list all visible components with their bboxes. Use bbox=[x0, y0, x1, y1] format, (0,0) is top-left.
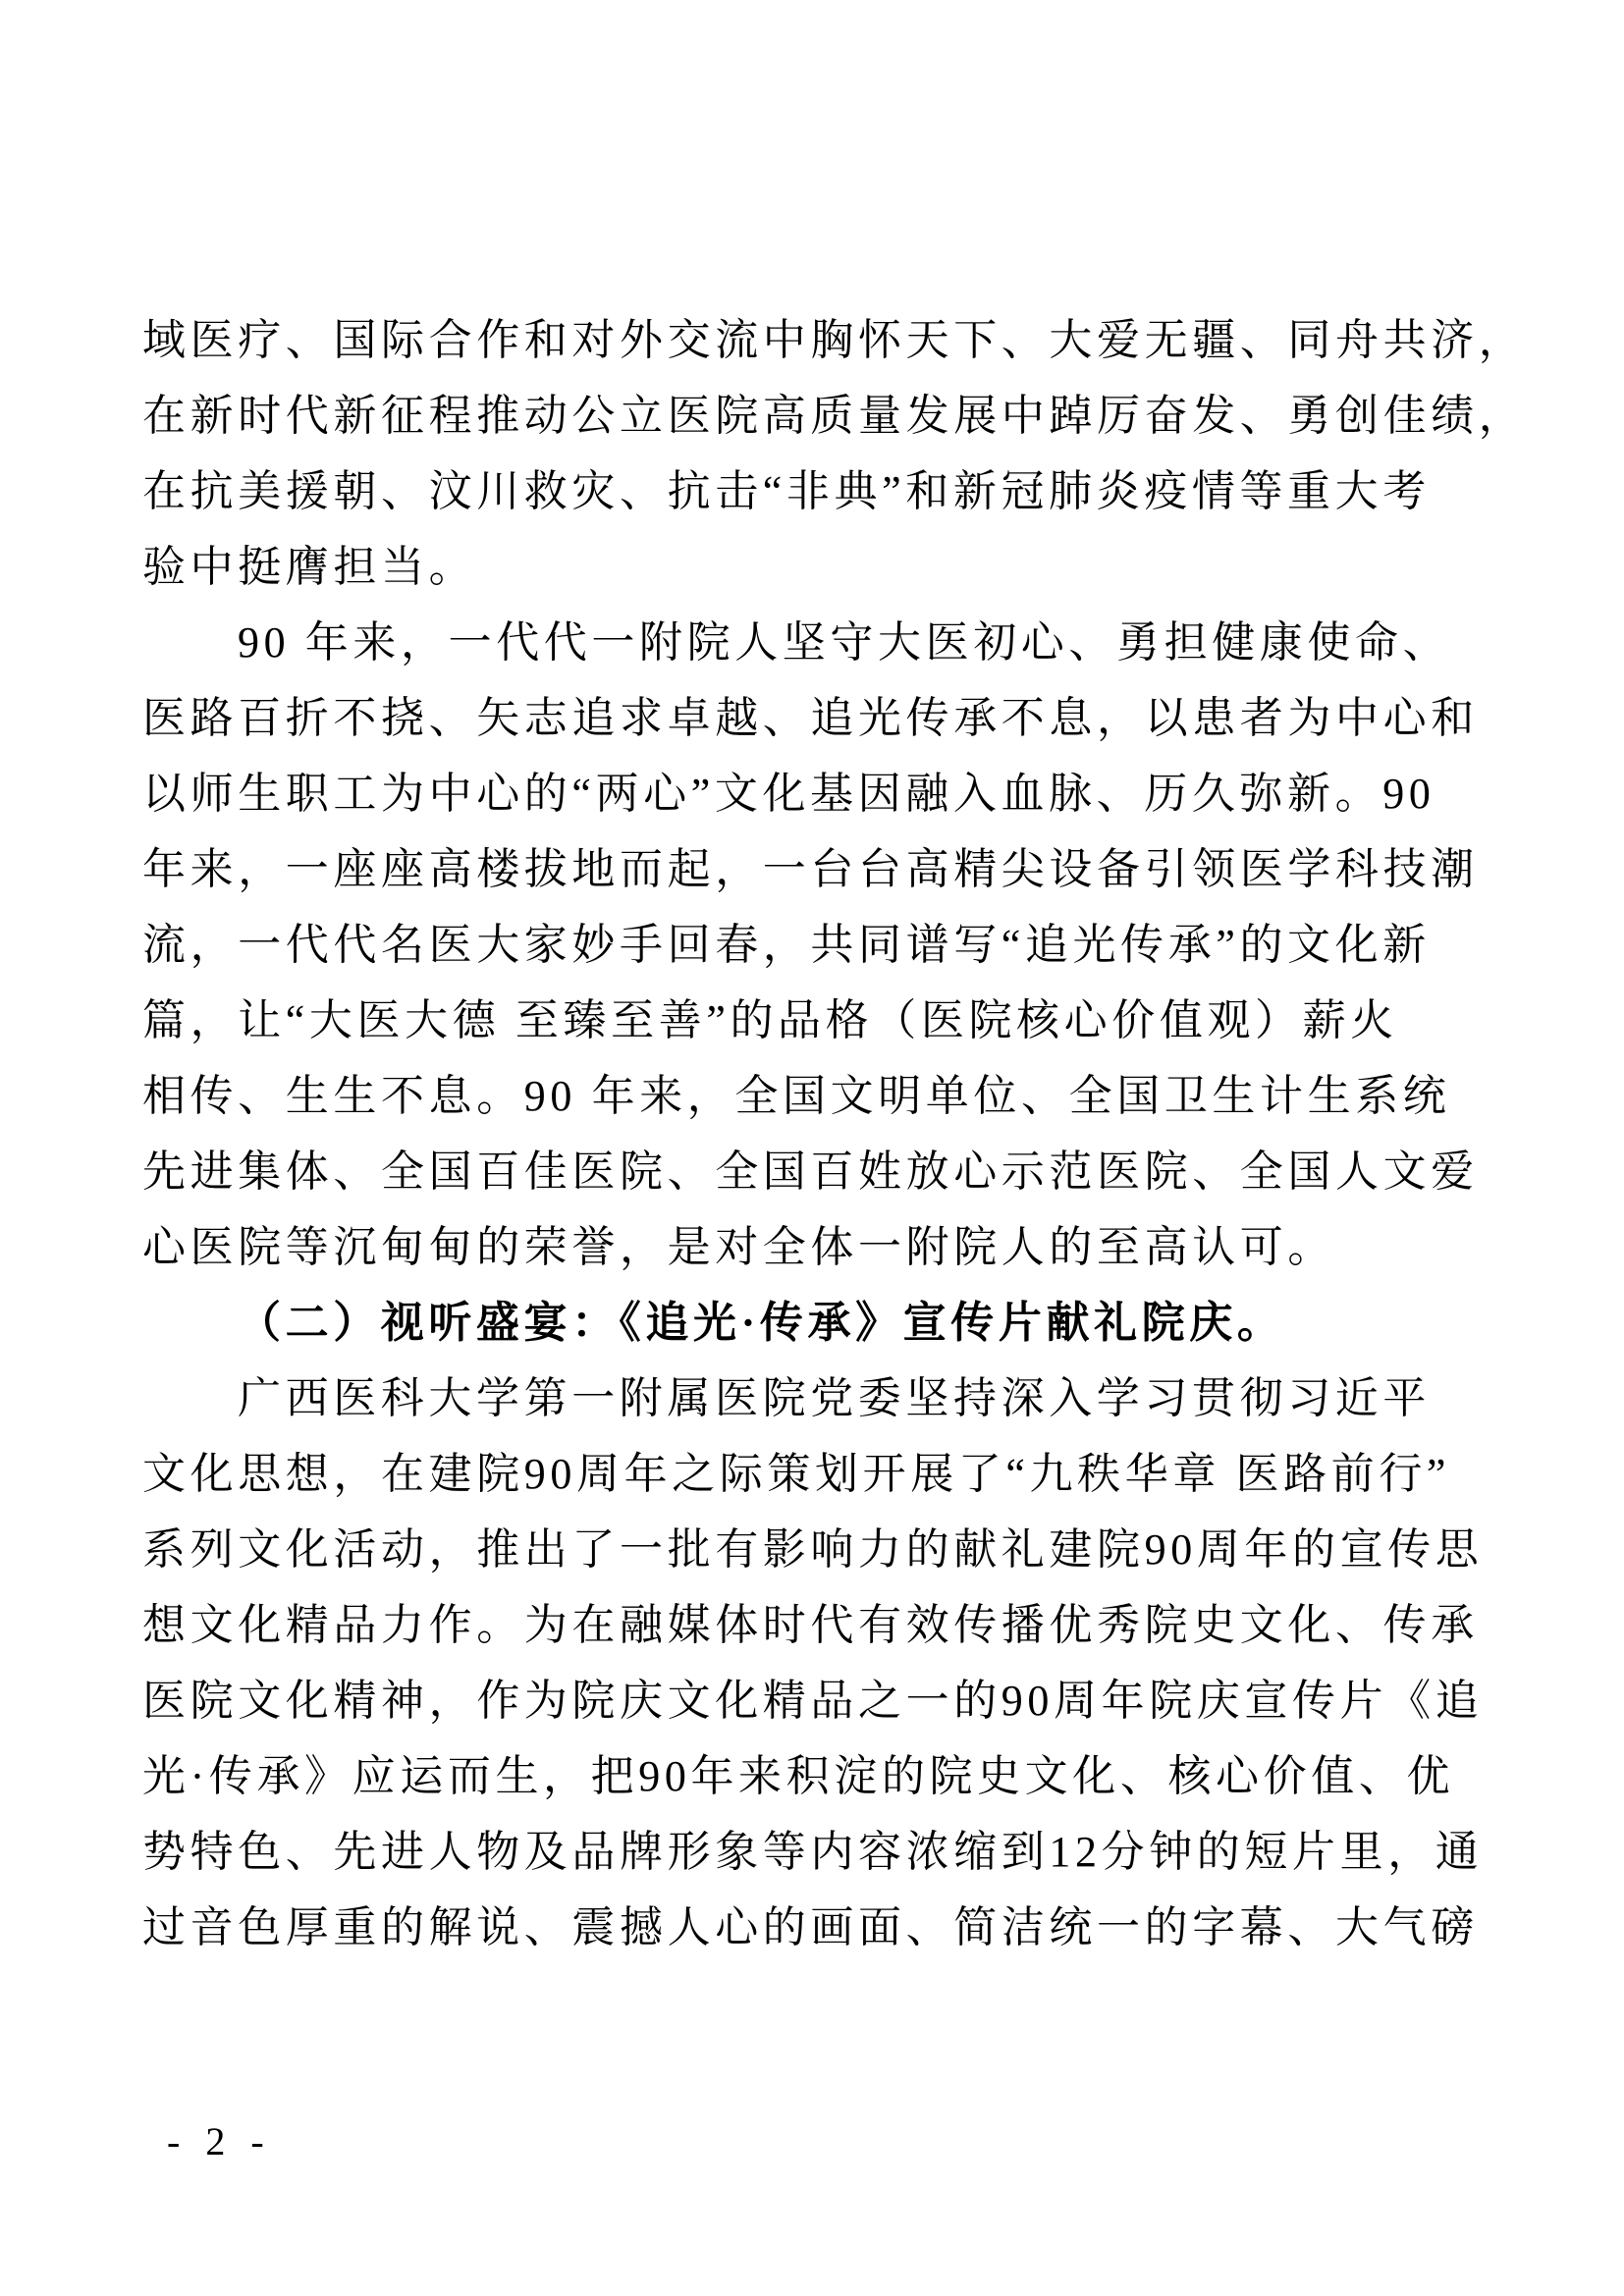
text-line: 文化思想，在建院90周年之际策划开展了“九秩华章 医路前行” bbox=[142, 1436, 1489, 1512]
text-line: 在新时代新征程推动公立医院高质量发展中踔厉奋发、勇创佳绩， bbox=[142, 378, 1489, 454]
text-line: 医院文化精神，作为院庆文化精品之一的90周年院庆宣传片《追 bbox=[142, 1663, 1489, 1738]
text-line: 光·传承》应运而生，把90年来积淀的院史文化、核心价值、优 bbox=[142, 1738, 1489, 1814]
text-line: 广西医科大学第一附属医院党委坚持深入学习贯彻习近平 bbox=[142, 1361, 1489, 1436]
text-line: （二）视听盛宴：《追光·传承》宣传片献礼院庆。 bbox=[142, 1285, 1489, 1361]
text-line: 域医疗、国际合作和对外交流中胸怀天下、大爱无疆、同舟共济， bbox=[142, 302, 1489, 378]
text-line: 篇，让“大医大德 至臻至善”的品格（医院核心价值观）薪火 bbox=[142, 983, 1489, 1058]
document-page: 域医疗、国际合作和对外交流中胸怀天下、大爱无疆、同舟共济，在新时代新征程推动公立… bbox=[0, 0, 1624, 2296]
text-line: 在抗美援朝、汶川救灾、抗击“非典”和新冠肺炎疫情等重大考 bbox=[142, 454, 1489, 529]
page-number: - 2 - bbox=[167, 2119, 272, 2163]
text-line: 90 年来，一代代一附院人坚守大医初心、勇担健康使命、 bbox=[142, 605, 1489, 680]
text-line: 年来，一座座高楼拔地而起，一台台高精尖设备引领医学科技潮 bbox=[142, 831, 1489, 907]
section-heading: （二）视听盛宴：《追光·传承》宣传片献礼院庆。 bbox=[142, 1285, 1489, 1361]
text-line: 先进集体、全国百佳医院、全国百姓放心示范医院、全国人文爱 bbox=[142, 1134, 1489, 1209]
page-footer: - 2 - bbox=[167, 2116, 272, 2167]
document-body: 域医疗、国际合作和对外交流中胸怀天下、大爱无疆、同舟共济，在新时代新征程推动公立… bbox=[142, 302, 1489, 1965]
paragraph: 域医疗、国际合作和对外交流中胸怀天下、大爱无疆、同舟共济，在新时代新征程推动公立… bbox=[142, 302, 1489, 605]
text-line: 想文化精品力作。为在融媒体时代有效传播优秀院史文化、传承 bbox=[142, 1587, 1489, 1663]
paragraph: 广西医科大学第一附属医院党委坚持深入学习贯彻习近平文化思想，在建院90周年之际策… bbox=[142, 1361, 1489, 1965]
paragraph: 90 年来，一代代一附院人坚守大医初心、勇担健康使命、医路百折不挠、矢志追求卓越… bbox=[142, 605, 1489, 1285]
text-line: 系列文化活动，推出了一批有影响力的献礼建院90周年的宣传思 bbox=[142, 1512, 1489, 1587]
text-line: 心医院等沉甸甸的荣誉，是对全体一附院人的至高认可。 bbox=[142, 1209, 1489, 1285]
text-line: 流，一代代名医大家妙手回春，共同谱写“追光传承”的文化新 bbox=[142, 907, 1489, 983]
text-line: 验中挺膺担当。 bbox=[142, 529, 1489, 605]
text-line: 医路百折不挠、矢志追求卓越、追光传承不息，以患者为中心和 bbox=[142, 680, 1489, 756]
text-line: 以师生职工为中心的“两心”文化基因融入血脉、历久弥新。90 bbox=[142, 756, 1489, 831]
text-line: 势特色、先进人物及品牌形象等内容浓缩到12分钟的短片里，通 bbox=[142, 1814, 1489, 1890]
text-line: 过音色厚重的解说、震撼人心的画面、简洁统一的字幕、大气磅 bbox=[142, 1890, 1489, 1965]
text-line: 相传、生生不息。90 年来，全国文明单位、全国卫生计生系统 bbox=[142, 1058, 1489, 1134]
